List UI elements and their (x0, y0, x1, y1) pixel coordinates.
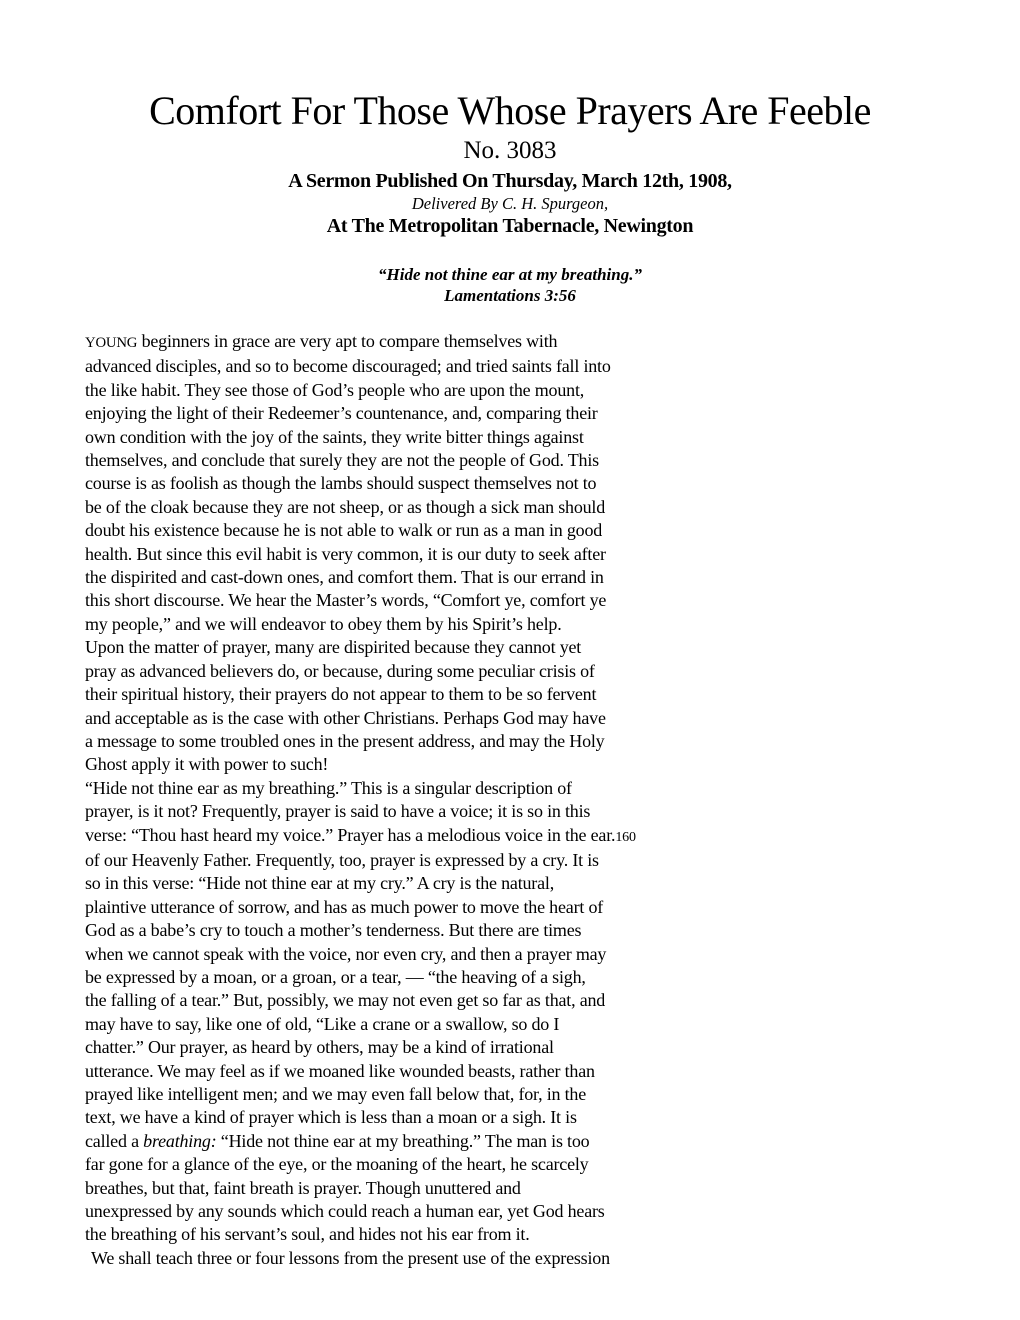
text-segment: so in this verse: “Hide not thine ear at… (85, 873, 554, 893)
text-segment: may have to say, like one of old, “Like … (85, 1014, 559, 1034)
text-line: unexpressed by any sounds which could re… (85, 1200, 1020, 1223)
text-line: text, we have a kind of prayer which is … (85, 1106, 1020, 1129)
location-line: At The Metropolitan Tabernacle, Newingto… (0, 214, 1020, 238)
text-segment: the dispirited and cast-down ones, and c… (85, 567, 604, 587)
text-line: and acceptable as is the case with other… (85, 707, 1020, 730)
text-line: prayed like intelligent men; and we may … (85, 1083, 1020, 1106)
text-segment: God as a babe’s cry to touch a mother’s … (85, 920, 581, 940)
text-line: the dispirited and cast-down ones, and c… (85, 566, 1020, 589)
text-line: this short discourse. We hear the Master… (85, 589, 1020, 612)
text-line: We shall teach three or four lessons fro… (85, 1247, 1020, 1270)
text-line: advanced disciples, and so to become dis… (85, 355, 1020, 378)
text-segment: a message to some troubled ones in the p… (85, 731, 604, 751)
text-segment: breathes, but that, faint breath is pray… (85, 1178, 521, 1198)
text-line: called a breathing: “Hide not thine ear … (85, 1130, 1020, 1153)
text-line: themselves, and conclude that surely the… (85, 449, 1020, 472)
text-segment: pray as advanced believers do, or becaus… (85, 661, 595, 681)
text-line: “Hide not thine ear as my breathing.” Th… (85, 777, 1020, 800)
text-line: a message to some troubled ones in the p… (85, 730, 1020, 753)
text-segment: verse: “Thou hast heard my voice.” Praye… (85, 825, 615, 845)
text-line: prayer, is it not? Frequently, prayer is… (85, 800, 1020, 823)
text-segment: text, we have a kind of prayer which is … (85, 1107, 577, 1127)
text-segment: We shall teach three or four lessons fro… (91, 1248, 610, 1268)
text-segment: the like habit. They see those of God’s … (85, 380, 584, 400)
text-segment: and acceptable as is the case with other… (85, 708, 606, 728)
text-segment: be of the cloak because they are not she… (85, 497, 605, 517)
text-line: so in this verse: “Hide not thine ear at… (85, 872, 1020, 895)
text-line: may have to say, like one of old, “Like … (85, 1013, 1020, 1036)
published-line: A Sermon Published On Thursday, March 12… (0, 169, 1020, 193)
text-segment: advanced disciples, and so to become dis… (85, 356, 611, 376)
text-line: far gone for a glance of the eye, or the… (85, 1153, 1020, 1176)
text-line: the like habit. They see those of God’s … (85, 379, 1020, 402)
text-line: the falling of a tear.” But, possibly, w… (85, 989, 1020, 1012)
text-line: my people,” and we will endeavor to obey… (85, 613, 1020, 636)
text-segment: of our Heavenly Father. Frequently, too,… (85, 850, 599, 870)
text-segment: the falling of a tear.” But, possibly, w… (85, 990, 605, 1010)
text-segment: plaintive utterance of sorrow, and has a… (85, 897, 603, 917)
text-line: own condition with the joy of the saints… (85, 426, 1020, 449)
text-line: when we cannot speak with the voice, nor… (85, 943, 1020, 966)
text-line: pray as advanced believers do, or becaus… (85, 660, 1020, 683)
text-segment: far gone for a glance of the eye, or the… (85, 1154, 588, 1174)
text-segment: the breathing of his servant’s soul, and… (85, 1224, 530, 1244)
scripture-block: “Hide not thine ear at my breathing.” La… (0, 264, 1020, 306)
text-segment: beginners in grace are very apt to compa… (137, 331, 557, 351)
sermon-number: No. 3083 (0, 136, 1020, 166)
text-line: chatter.” Our prayer, as heard by others… (85, 1036, 1020, 1059)
scripture-quote: “Hide not thine ear at my breathing.” (0, 264, 1020, 285)
text-segment: called a (85, 1131, 143, 1151)
text-segment: this short discourse. We hear the Master… (85, 590, 606, 610)
text-segment: chatter.” Our prayer, as heard by others… (85, 1037, 554, 1057)
text-line: Ghost apply it with power to such! (85, 753, 1020, 776)
text-line: the breathing of his servant’s soul, and… (85, 1223, 1020, 1246)
document-page: Comfort For Those Whose Prayers Are Feeb… (0, 0, 1020, 1320)
delivered-line: Delivered By C. H. Spurgeon, (0, 194, 1020, 213)
text-segment-smallcaps: YOUNG (85, 335, 137, 351)
text-segment: be expressed by a moan, or a groan, or a… (85, 967, 586, 987)
text-segment-italic: breathing: (143, 1131, 216, 1151)
text-line: breathes, but that, faint breath is pray… (85, 1177, 1020, 1200)
text-segment: their spiritual history, their prayers d… (85, 684, 596, 704)
text-segment: health. But since this evil habit is ver… (85, 544, 606, 564)
text-segment: doubt his existence because he is not ab… (85, 520, 602, 540)
text-line: Upon the matter of prayer, many are disp… (85, 636, 1020, 659)
text-segment: prayed like intelligent men; and we may … (85, 1084, 586, 1104)
text-segment: own condition with the joy of the saints… (85, 427, 584, 447)
text-segment: “Hide not thine ear at my breathing.” Th… (217, 1131, 590, 1151)
text-segment: unexpressed by any sounds which could re… (85, 1201, 605, 1221)
text-line: be of the cloak because they are not she… (85, 496, 1020, 519)
text-segment: my people,” and we will endeavor to obey… (85, 614, 562, 634)
text-segment: enjoying the light of their Redeemer’s c… (85, 403, 598, 423)
text-segment: utterance. We may feel as if we moaned l… (85, 1061, 595, 1081)
text-line: health. But since this evil habit is ver… (85, 543, 1020, 566)
sermon-body: YOUNG beginners in grace are very apt to… (0, 330, 1020, 1270)
document-header: Comfort For Those Whose Prayers Are Feeb… (0, 0, 1020, 306)
text-line: course is as foolish as though the lambs… (85, 472, 1020, 495)
text-segment: “Hide not thine ear as my breathing.” Th… (85, 778, 572, 798)
text-line: utterance. We may feel as if we moaned l… (85, 1060, 1020, 1083)
text-line: YOUNG beginners in grace are very apt to… (85, 330, 1020, 355)
text-segment: Ghost apply it with power to such! (85, 754, 328, 774)
text-line: their spiritual history, their prayers d… (85, 683, 1020, 706)
sermon-title: Comfort For Those Whose Prayers Are Feeb… (0, 88, 1020, 134)
text-line: verse: “Thou hast heard my voice.” Praye… (85, 824, 1020, 849)
text-segment: course is as foolish as though the lambs… (85, 473, 596, 493)
text-line: plaintive utterance of sorrow, and has a… (85, 896, 1020, 919)
text-line: God as a babe’s cry to touch a mother’s … (85, 919, 1020, 942)
text-line: doubt his existence because he is not ab… (85, 519, 1020, 542)
margin-page-number: 160 (615, 829, 635, 845)
text-segment: prayer, is it not? Frequently, prayer is… (85, 801, 590, 821)
text-line: enjoying the light of their Redeemer’s c… (85, 402, 1020, 425)
text-line: be expressed by a moan, or a groan, or a… (85, 966, 1020, 989)
text-segment: themselves, and conclude that surely the… (85, 450, 599, 470)
text-segment: when we cannot speak with the voice, nor… (85, 944, 606, 964)
text-line: of our Heavenly Father. Frequently, too,… (85, 849, 1020, 872)
scripture-reference: Lamentations 3:56 (0, 285, 1020, 306)
text-segment: Upon the matter of prayer, many are disp… (85, 637, 581, 657)
